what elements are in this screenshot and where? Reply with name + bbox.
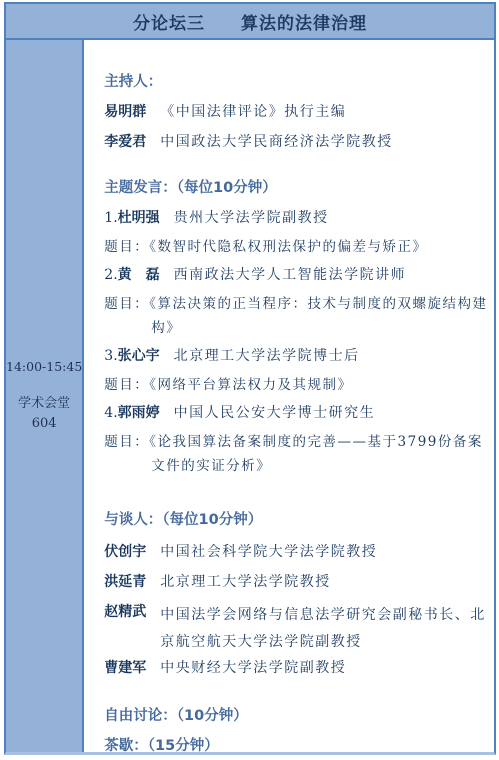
session-time: 14:00-15:45 [6, 358, 82, 376]
topic-label: 题目： [104, 239, 149, 255]
table-header-row: 分论坛三 算法的法律治理 [6, 4, 494, 40]
forum-title: 分论坛三 算法的法律治理 [133, 9, 367, 34]
person-row: 洪延青 北京理工大学法学院教授 [104, 572, 490, 592]
venue-block: 学术会堂 604 [18, 394, 70, 434]
speaker-affiliation: 西南政法大学人工智能法学院讲师 [174, 265, 490, 285]
person-affiliation: 中央财经大学法学院副教授 [160, 658, 490, 678]
session-info-cell: 14:00-15:45 学术会堂 604 [6, 40, 84, 752]
speaker-name: 张心宇 [118, 346, 160, 366]
person-affiliation: 北京理工大学法学院教授 [160, 572, 490, 592]
person-row: 易明群 《中国法律评论》执行主编 [104, 102, 490, 122]
speaker-name: 杜明强 [118, 208, 160, 228]
table-body-row: 14:00-15:45 学术会堂 604 主持人： 易明群 《中国法律评论》执行… [6, 40, 494, 752]
topic-row: 题目：《网络平台算法权力及其规制》 [104, 373, 490, 397]
topic-label: 题目： [104, 377, 149, 393]
person-row: 赵精武 中国法学会网络与信息法学研究会副秘书长、北京航空航天大学法学院副教授 [104, 602, 490, 656]
person-row: 曹建军 中央财经大学法学院副教授 [104, 658, 490, 678]
speaker-affiliation: 中国人民公安大学博士研究生 [174, 403, 490, 423]
person-name: 李爱君 [104, 132, 146, 152]
speaker-row: 2. 黄 磊 西南政法大学人工智能法学院讲师 [104, 265, 490, 285]
topic-title: 《论我国算法备案制度的完善——基于3799份备案文件的实证分析》 [149, 434, 483, 474]
topic-title: 《数智时代隐私权刑法保护的偏差与矫正》 [149, 239, 427, 255]
speaker-row: 4. 郭雨婷 中国人民公安大学博士研究生 [104, 403, 490, 423]
person-affiliation: 中国法学会网络与信息法学研究会副秘书长、北京航空航天大学法学院副教授 [160, 602, 490, 656]
free-discussion-heading: 自由讨论：（10分钟） [104, 706, 490, 726]
person-affiliation: 《中国法律评论》执行主编 [160, 102, 490, 122]
speaker-affiliation: 贵州大学法学院副教授 [174, 208, 490, 228]
speaker-number: 2. [104, 265, 117, 285]
topic-title: 《算法决策的正当程序：技术与制度的双螺旋结构建构》 [149, 296, 487, 336]
topic-row: 题目：《算法决策的正当程序：技术与制度的双螺旋结构建构》 [104, 292, 490, 340]
main-content-cell: 主持人： 易明群 《中国法律评论》执行主编 李爱君 中国政法大学民商经济法学院教… [84, 40, 494, 752]
person-name: 伏创宇 [104, 542, 146, 562]
keynote-heading: 主题发言：（每位10分钟） [104, 178, 490, 198]
speaker-number: 1. [104, 208, 117, 228]
speaker-number: 4. [104, 403, 117, 423]
topic-row: 题目：《论我国算法备案制度的完善——基于3799份备案文件的实证分析》 [104, 430, 490, 478]
topic-row: 题目：《数智时代隐私权刑法保护的偏差与矫正》 [104, 235, 490, 259]
person-name: 易明群 [104, 102, 146, 122]
program-table: 分论坛三 算法的法律治理 14:00-15:45 学术会堂 604 主持人： 易… [4, 2, 496, 755]
topic-label: 题目： [104, 296, 149, 312]
speaker-row: 3. 张心宇 北京理工大学法学院博士后 [104, 346, 490, 366]
person-name: 赵精武 [104, 602, 146, 622]
speaker-number: 3. [104, 346, 117, 366]
speaker-name: 黄 磊 [118, 265, 160, 285]
person-name: 洪延青 [104, 572, 146, 592]
discussant-heading: 与谈人：（每位10分钟） [104, 510, 490, 530]
speaker-affiliation: 北京理工大学法学院博士后 [174, 346, 490, 366]
person-row: 伏创宇 中国社会科学院大学法学院教授 [104, 542, 490, 562]
person-row: 李爱君 中国政法大学民商经济法学院教授 [104, 132, 490, 152]
venue-name: 学术会堂 [18, 394, 70, 414]
room-number: 604 [18, 414, 70, 434]
person-name: 曹建军 [104, 658, 146, 678]
moderator-heading: 主持人： [104, 72, 490, 92]
topic-label: 题目： [104, 434, 149, 450]
person-affiliation: 中国社会科学院大学法学院教授 [160, 542, 490, 562]
speaker-row: 1. 杜明强 贵州大学法学院副教授 [104, 208, 490, 228]
tea-break-heading: 茶歇：（15分钟） [104, 736, 490, 752]
topic-title: 《网络平台算法权力及其规制》 [149, 377, 352, 393]
person-affiliation: 中国政法大学民商经济法学院教授 [160, 132, 490, 152]
speaker-name: 郭雨婷 [118, 403, 160, 423]
